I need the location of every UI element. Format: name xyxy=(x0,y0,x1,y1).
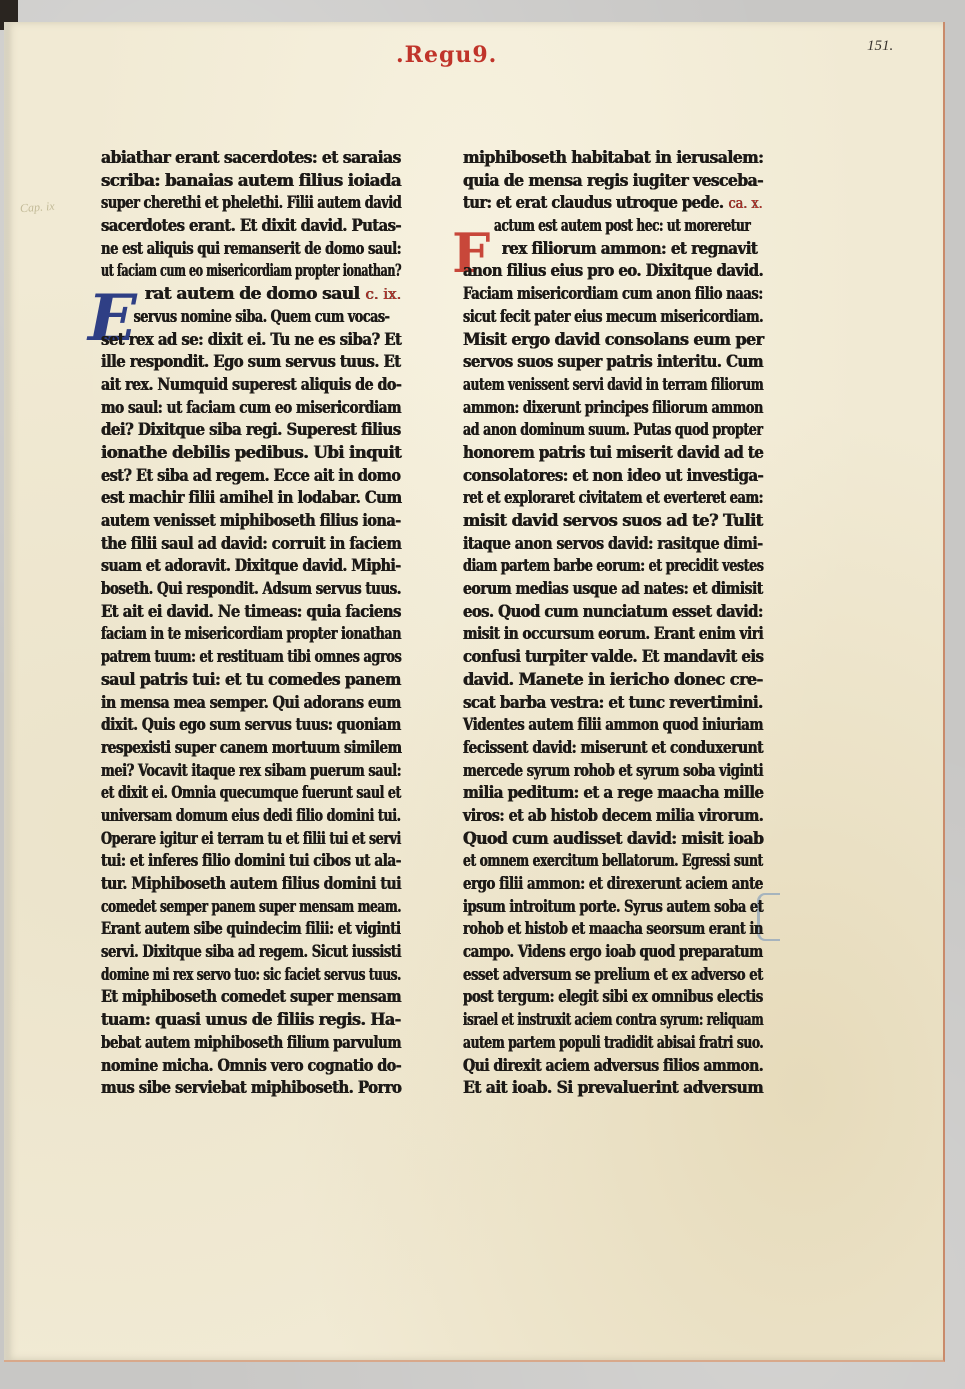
line-text: nomine micha. Omnis vero cognatio do- xyxy=(101,1056,401,1076)
text-line: post tergum: elegit sibi ex omnibus elec… xyxy=(463,986,763,1009)
text-line: boseth. Qui respondit. Adsum servus tuus… xyxy=(101,578,401,601)
line-text: confusi turpiter valde. Et mandavit eis xyxy=(463,647,763,667)
line-text: fecissent david: miserunt et conduxerunt xyxy=(463,738,763,758)
text-line: Et miphiboseth comedet super mensam xyxy=(101,986,401,1009)
text-line: universam domum eius dedi filio domini t… xyxy=(101,805,401,828)
text-line: confusi turpiter valde. Et mandavit eis xyxy=(463,646,763,669)
text-line: nomine micha. Omnis vero cognatio do- xyxy=(101,1055,401,1078)
text-line: rex filiorum ammon: et regnavit xyxy=(463,238,802,261)
line-text: dixit. Quis ego sum servus tuus: quoniam xyxy=(101,715,401,735)
text-line: Operare igitur ei terram tu et filii tui… xyxy=(101,828,401,851)
text-line: itaque anon servos david: rasitque dimi- xyxy=(463,533,763,556)
text-line: mei? Vocavit itaque rex sibam puerum sau… xyxy=(101,760,401,783)
line-text: in mensa mea semper. Qui adorans eum xyxy=(101,693,401,713)
text-line: super cherethi et phelethi. Filii autem … xyxy=(101,192,401,215)
line-text: Et ait ioab. Si prevaluerint adversum xyxy=(463,1078,763,1098)
line-text: sacerdotes erant. Et dixit david. Putas- xyxy=(101,216,401,236)
line-text: viros: et ab histob decem milia virorum. xyxy=(463,806,763,826)
text-line: diam partem barbe eorum: et precidit ves… xyxy=(463,555,763,578)
text-line: suam et adoravit. Dixitque david. Miphi- xyxy=(101,555,401,578)
text-line: mo saul: ut faciam cum eo misericordiam xyxy=(101,397,401,420)
text-line: et omnem exercitum bellatorum. Egressi s… xyxy=(463,850,763,873)
text-line: eos. Quod cum nunciatum esset david: xyxy=(463,601,763,624)
text-line: ammon: dixerunt principes filiorum ammon xyxy=(463,397,763,420)
line-text: saul patris tui: et tu comedes panem xyxy=(101,670,401,690)
text-line: faciam in te misericordiam propter ionat… xyxy=(101,623,401,646)
line-text: patrem tuum: et restituam tibi omnes agr… xyxy=(101,647,401,667)
line-text: Et miphiboseth comedet super mensam xyxy=(101,987,401,1007)
text-line: eorum medias usque ad nates: et dimisit xyxy=(463,578,763,601)
text-line: Et ait ei david. Ne timeas: quia faciens xyxy=(101,601,401,624)
text-line: domine mi rex servo tuo: sic faciet serv… xyxy=(101,964,401,987)
text-line: scat barba vestra: et tunc revertimini. xyxy=(463,692,763,715)
line-text: eorum medias usque ad nates: et dimisit xyxy=(463,579,763,599)
text-line: autem venisset miphiboseth filius iona- xyxy=(101,510,401,533)
text-line: consolatores: et non ideo ut investiga- xyxy=(463,465,763,488)
text-line: dei? Dixitque siba regi. Superest filius xyxy=(101,419,401,442)
line-text: ad anon dominum suum. Putas quod propter xyxy=(463,420,763,440)
line-text: sicut fecit pater eius mecum misericordi… xyxy=(463,307,763,327)
line-text: et dixit ei. Omnia quecumque fuerunt sau… xyxy=(101,783,401,803)
text-line: viros: et ab histob decem milia virorum. xyxy=(463,805,763,828)
line-text: ne est aliquis qui remanserit de domo sa… xyxy=(101,239,401,259)
text-line: et dixit ei. Omnia quecumque fuerunt sau… xyxy=(101,782,401,805)
text-line: ergo filii ammon: et direxerunt aciem an… xyxy=(463,873,763,896)
line-text: respexisti super canem mortuum similem xyxy=(101,738,402,758)
line-text: Erant autem sibe quindecim filii: et vig… xyxy=(101,919,401,939)
text-line: tui: et inferes filio domini tui cibos u… xyxy=(101,850,401,873)
line-text: servus nomine siba. Quem cum vocas- xyxy=(134,307,390,327)
line-text: miphiboseth habitabat in ierusalem: xyxy=(463,148,763,168)
text-line: milia peditum: et a rege maacha mille xyxy=(463,782,763,805)
text-line: Erant autem sibe quindecim filii: et vig… xyxy=(101,918,401,941)
text-line: servos suos super patris interitu. Cum xyxy=(463,351,763,374)
line-text: mei? Vocavit itaque rex sibam puerum sau… xyxy=(101,761,401,781)
line-text: dei? Dixitque siba regi. Superest filius xyxy=(101,420,401,440)
line-text: rat autem de domo saul xyxy=(145,284,360,304)
line-text: milia peditum: et a rege maacha mille xyxy=(463,783,763,803)
text-line: bebat autem miphiboseth filium parvulum xyxy=(101,1032,401,1055)
line-text: servos suos super patris interitu. Cum xyxy=(463,352,763,372)
text-line: mercede syrum rohob et syrum soba vigint… xyxy=(463,760,763,783)
line-text: servi. Dixitque siba ad regem. Sicut ius… xyxy=(101,942,401,962)
line-text: est? Et siba ad regem. Ecce ait in domo xyxy=(101,466,400,486)
text-line: servi. Dixitque siba ad regem. Sicut ius… xyxy=(101,941,401,964)
line-text: Misit ergo david consolans eum per xyxy=(463,330,763,350)
line-text: faciam in te misericordiam propter ionat… xyxy=(101,624,401,644)
folio-number: 151. xyxy=(867,38,893,55)
line-text: consolatores: et non ideo ut investiga- xyxy=(463,466,763,486)
line-text: autem partem populi tradidit abisai frat… xyxy=(463,1033,763,1053)
line-text: anon filius eius pro eo. Dixitque david. xyxy=(463,261,763,281)
text-line: tuam: quasi unus de filiis regis. Ha- xyxy=(101,1009,401,1032)
line-text: abiathar erant sacerdotes: et saraias xyxy=(101,148,401,168)
line-text: Quod cum audisset david: misit ioab xyxy=(463,829,763,849)
line-text: bebat autem miphiboseth filium parvulum xyxy=(101,1033,401,1053)
text-line: dixit. Quis ego sum servus tuus: quoniam xyxy=(101,714,401,737)
text-line: ad anon dominum suum. Putas quod propter xyxy=(463,419,763,442)
line-text: Videntes autem filii ammon quod iniuriam xyxy=(463,715,763,735)
text-line: ne est aliquis qui remanserit de domo sa… xyxy=(101,238,401,261)
line-text: eos. Quod cum nunciatum esset david: xyxy=(463,602,763,622)
text-line: ipsum introitum porte. Syrus autem soba … xyxy=(463,896,763,919)
text-line: est? Et siba ad regem. Ecce ait in domo xyxy=(101,465,401,488)
line-text: itaque anon servos david: rasitque dimi- xyxy=(463,534,763,554)
text-line: ait rex. Numquid superest aliquis de do- xyxy=(101,374,401,397)
line-text: et omnem exercitum bellatorum. Egressi s… xyxy=(463,851,763,871)
chapter-marker: c. ix. xyxy=(365,285,401,303)
text-line: abiathar erant sacerdotes: et saraias xyxy=(101,147,401,170)
line-text: tuam: quasi unus de filiis regis. Ha- xyxy=(101,1010,401,1030)
line-text: actum est autem post hec: ut moreretur xyxy=(494,216,750,236)
line-text: boseth. Qui respondit. Adsum servus tuus… xyxy=(101,579,401,599)
line-text: ret et exploraret civitatem et everteret… xyxy=(463,488,763,508)
line-text: misit david servos suos ad te? Tulit xyxy=(463,511,763,531)
text-line: ille respondit. Ego sum servus tuus. Et xyxy=(101,351,401,374)
text-line: campo. Videns ergo ioab quod preparatum xyxy=(463,941,763,964)
line-text: Operare igitur ei terram tu et filii tui… xyxy=(101,829,401,849)
line-text: ut faciam cum eo misericordiam propter i… xyxy=(101,261,401,281)
text-line: esset adversum se prelium et ex adverso … xyxy=(463,964,763,987)
line-text: suam et adoravit. Dixitque david. Miphi- xyxy=(101,556,401,576)
line-text: tur. Miphiboseth autem filius domini tui xyxy=(101,874,401,894)
line-text: the filii saul ad david: corruit in faci… xyxy=(101,534,401,554)
line-text: rohob et histob et maacha seorsum erant … xyxy=(463,919,763,939)
text-line: sicut fecit pater eius mecum misericordi… xyxy=(463,306,763,329)
line-text: tui: et inferes filio domini tui cibos u… xyxy=(101,851,401,871)
line-text: israel et instruxit aciem contra syrum: … xyxy=(463,1010,763,1030)
line-text: mus sibe serviebat miphiboseth. Porro xyxy=(101,1078,401,1098)
text-line: david. Manete in iericho donec cre- xyxy=(463,669,763,692)
text-line: Et ait ioab. Si prevaluerint adversum xyxy=(463,1077,763,1100)
text-line: rohob et histob et maacha seorsum erant … xyxy=(463,918,763,941)
line-text: scriba: banaias autem filius ioiada xyxy=(101,171,401,191)
left-text-column: abiathar erant sacerdotes: et saraiasscr… xyxy=(101,147,401,1100)
text-line: ionathe debilis pedibus. Ubi inquit xyxy=(101,442,401,465)
text-line: actum est autem post hec: ut moreretur xyxy=(463,215,794,238)
text-line: the filii saul ad david: corruit in faci… xyxy=(101,533,401,556)
text-line: Quod cum audisset david: misit ioab xyxy=(463,828,763,851)
line-text: ionathe debilis pedibus. Ubi inquit xyxy=(101,443,401,463)
text-line: respexisti super canem mortuum similem xyxy=(101,737,401,760)
text-line: patrem tuum: et restituam tibi omnes agr… xyxy=(101,646,401,669)
line-text: esset adversum se prelium et ex adverso … xyxy=(463,965,763,985)
text-line: ret et exploraret civitatem et everteret… xyxy=(463,487,763,510)
text-line: in mensa mea semper. Qui adorans eum xyxy=(101,692,401,715)
line-text: Faciam misericordiam cum anon filio naas… xyxy=(463,284,763,304)
text-line: Videntes autem filii ammon quod iniuriam xyxy=(463,714,763,737)
text-line: miphiboseth habitabat in ierusalem: xyxy=(463,147,763,170)
line-text: campo. Videns ergo ioab quod preparatum xyxy=(463,942,763,962)
line-text: autem venisset miphiboseth filius iona- xyxy=(101,511,401,531)
marginal-note: Cap. ix xyxy=(20,199,56,216)
text-line: quia de mensa regis iugiter vesceba- xyxy=(463,170,763,193)
line-text: rex filiorum ammon: et regnavit xyxy=(502,239,758,259)
text-line: sacerdotes erant. Et dixit david. Putas- xyxy=(101,215,401,238)
line-text: ille respondit. Ego sum servus tuus. Et xyxy=(101,352,401,372)
line-text: ait rex. Numquid superest aliquis de do- xyxy=(101,375,401,395)
text-line: scriba: banaias autem filius ioiada xyxy=(101,170,401,193)
line-text: quia de mensa regis iugiter vesceba- xyxy=(463,171,763,191)
text-line: misit david servos suos ad te? Tulit xyxy=(463,510,763,533)
line-text: comedet semper panem super mensam meam. xyxy=(101,897,401,917)
right-text-column: miphiboseth habitabat in ierusalem:quia … xyxy=(463,147,763,1100)
line-text: mo saul: ut faciam cum eo misericordiam xyxy=(101,398,401,418)
line-text: ipsum introitum porte. Syrus autem soba … xyxy=(463,897,763,917)
line-text: est machir filii amihel in lodabar. Cum xyxy=(101,488,401,508)
line-text: diam partem barbe eorum: et precidit ves… xyxy=(463,556,763,576)
line-text: tur: et erat claudus utroque pede. xyxy=(463,193,723,213)
text-line: comedet semper panem super mensam meam. xyxy=(101,896,401,919)
text-line: ut faciam cum eo misericordiam propter i… xyxy=(101,260,401,283)
text-line: mus sibe serviebat miphiboseth. Porro xyxy=(101,1077,401,1100)
line-text: mercede syrum rohob et syrum soba vigint… xyxy=(463,761,763,781)
page-gutter-shadow xyxy=(4,22,12,1360)
line-text: universam domum eius dedi filio domini t… xyxy=(101,806,401,826)
text-line: Misit ergo david consolans eum per xyxy=(463,329,763,352)
text-line: israel et instruxit aciem contra syrum: … xyxy=(463,1009,763,1032)
chapter-marker: ca. x. xyxy=(729,194,763,212)
text-line: tur: et erat claudus utroque pede.ca. x. xyxy=(463,192,763,215)
text-line: set rex ad se: dixit ei. Tu ne es siba? … xyxy=(101,329,401,352)
text-line: misit in occursum eorum. Erant enim viri xyxy=(463,623,763,646)
line-text: Qui direxit aciem adversus filios ammon. xyxy=(463,1056,763,1076)
line-text: ammon: dixerunt principes filiorum ammon xyxy=(463,398,763,418)
line-text: honorem patris tui miserit david ad te xyxy=(463,443,763,463)
text-line: honorem patris tui miserit david ad te xyxy=(463,442,763,465)
line-text: scat barba vestra: et tunc revertimini. xyxy=(463,693,763,713)
text-line: tur. Miphiboseth autem filius domini tui xyxy=(101,873,401,896)
text-line: servus nomine siba. Quem cum vocas- xyxy=(101,306,434,329)
running-head: .Regu9. xyxy=(396,42,497,68)
line-text: autem venissent servi david in terram fi… xyxy=(463,375,763,395)
text-line: Qui direxit aciem adversus filios ammon. xyxy=(463,1055,763,1078)
line-text: david. Manete in iericho donec cre- xyxy=(463,670,763,690)
line-text: set rex ad se: dixit ei. Tu ne es siba? … xyxy=(101,330,401,350)
text-line: autem partem populi tradidit abisai frat… xyxy=(463,1032,763,1055)
text-line: est machir filii amihel in lodabar. Cum xyxy=(101,487,401,510)
line-text: super cherethi et phelethi. Filii autem … xyxy=(101,193,401,213)
text-line: Faciam misericordiam cum anon filio naas… xyxy=(463,283,763,306)
line-text: ergo filii ammon: et direxerunt aciem an… xyxy=(463,874,763,894)
text-line: anon filius eius pro eo. Dixitque david. xyxy=(463,260,763,283)
text-line: fecissent david: miserunt et conduxerunt xyxy=(463,737,763,760)
line-text: post tergum: elegit sibi ex omnibus elec… xyxy=(463,987,763,1007)
line-text: domine mi rex servo tuo: sic faciet serv… xyxy=(101,965,401,985)
text-line: saul patris tui: et tu comedes panem xyxy=(101,669,401,692)
text-line: autem venissent servi david in terram fi… xyxy=(463,374,763,397)
line-text: Et ait ei david. Ne timeas: quia faciens xyxy=(101,602,401,622)
line-text: misit in occursum eorum. Erant enim viri xyxy=(463,624,763,644)
text-line: rat autem de domo saulc. ix. xyxy=(101,283,445,306)
